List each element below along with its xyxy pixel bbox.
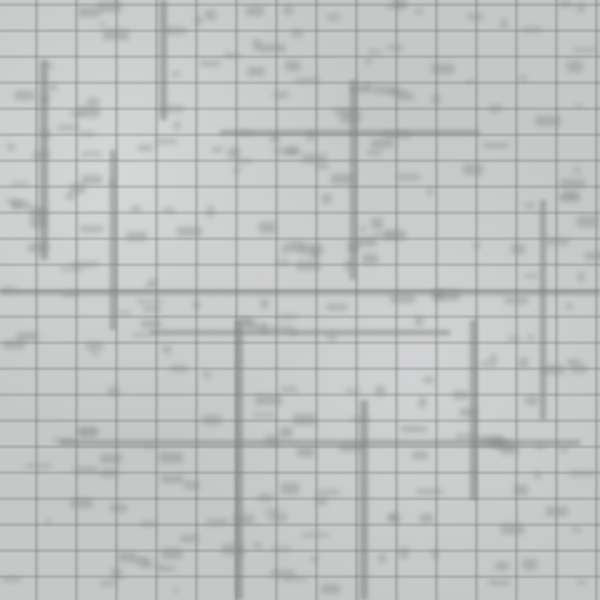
texture-speck bbox=[545, 238, 569, 245]
texture-speck bbox=[416, 489, 443, 494]
texture-speck bbox=[573, 168, 581, 173]
texture-speck bbox=[536, 444, 545, 449]
texture-speck bbox=[118, 552, 136, 562]
texture-speck bbox=[184, 481, 200, 489]
texture-speck bbox=[48, 84, 57, 90]
texture-speck bbox=[205, 10, 216, 20]
texture-speck bbox=[138, 145, 152, 151]
texture-speck bbox=[295, 78, 320, 83]
texture-speck bbox=[367, 150, 382, 155]
texture-speck bbox=[253, 39, 261, 50]
texture-speck bbox=[126, 232, 147, 241]
texture-speck bbox=[501, 18, 507, 29]
texture-speck bbox=[578, 272, 584, 282]
texture-speck bbox=[328, 334, 336, 341]
texture-speck bbox=[362, 254, 378, 264]
texture-speck bbox=[131, 206, 141, 212]
texture-speck bbox=[108, 387, 119, 396]
texture-speck bbox=[368, 50, 382, 54]
texture-speck bbox=[527, 335, 534, 340]
texture-speck bbox=[559, 194, 580, 202]
texture-speck bbox=[387, 515, 397, 520]
texture-speck bbox=[174, 121, 180, 130]
texture-speck bbox=[508, 336, 520, 341]
texture-speck bbox=[371, 218, 383, 229]
texture-speck bbox=[483, 143, 509, 148]
texture-speck bbox=[390, 294, 415, 303]
texture-image bbox=[0, 0, 600, 600]
texture-speck bbox=[455, 434, 476, 439]
texture-speck bbox=[79, 427, 97, 438]
texture-speck bbox=[266, 435, 279, 446]
texture-speck bbox=[566, 303, 572, 310]
texture-speck bbox=[172, 72, 180, 77]
texture-speck bbox=[234, 167, 240, 174]
texture-speck bbox=[293, 414, 316, 425]
texture-speck bbox=[345, 389, 361, 393]
texture-speck bbox=[193, 301, 200, 309]
texture-speck bbox=[63, 292, 78, 297]
texture-speck bbox=[228, 147, 240, 158]
texture-speck bbox=[143, 307, 161, 312]
texture-speck bbox=[159, 452, 183, 463]
texture-speck bbox=[100, 469, 118, 477]
texture-speck bbox=[280, 427, 292, 438]
texture-speck bbox=[269, 514, 287, 521]
texture-speck bbox=[103, 29, 129, 40]
texture-speck bbox=[371, 139, 394, 148]
texture-speck bbox=[140, 521, 156, 526]
texture-speck bbox=[30, 207, 43, 218]
texture-speck bbox=[291, 30, 303, 37]
texture-speck bbox=[100, 581, 115, 586]
texture-line bbox=[540, 200, 546, 420]
texture-speck bbox=[477, 436, 503, 447]
texture-speck bbox=[365, 84, 371, 89]
texture-speck bbox=[200, 61, 221, 66]
texture-speck bbox=[206, 519, 228, 525]
texture-speck bbox=[339, 443, 364, 452]
texture-speck bbox=[302, 154, 327, 163]
texture-line bbox=[160, 0, 167, 120]
texture-speck bbox=[3, 340, 25, 349]
texture-speck bbox=[321, 584, 340, 594]
texture-speck bbox=[289, 330, 297, 335]
texture-speck bbox=[234, 159, 253, 163]
texture-speck bbox=[316, 164, 329, 169]
texture-speck bbox=[542, 365, 565, 374]
texture-speck bbox=[11, 200, 20, 208]
texture-speck bbox=[577, 216, 598, 227]
texture-speck bbox=[355, 237, 377, 246]
texture-speck bbox=[501, 524, 524, 534]
texture-speck bbox=[233, 515, 254, 524]
texture-line bbox=[110, 150, 116, 330]
texture-speck bbox=[373, 233, 397, 237]
texture-speck bbox=[567, 61, 583, 72]
texture-speck bbox=[488, 580, 510, 585]
texture-speck bbox=[180, 535, 199, 542]
texture-speck bbox=[577, 3, 585, 12]
texture-speck bbox=[576, 580, 587, 584]
texture-speck bbox=[431, 64, 454, 74]
texture-speck bbox=[302, 533, 329, 537]
texture-speck bbox=[351, 417, 369, 421]
texture-line bbox=[0, 290, 600, 295]
texture-speck bbox=[297, 447, 315, 457]
texture-speck bbox=[522, 27, 542, 32]
texture-speck bbox=[519, 358, 528, 368]
texture-speck bbox=[373, 86, 399, 94]
texture-speck bbox=[419, 397, 426, 408]
texture-speck bbox=[70, 183, 85, 194]
texture-speck bbox=[327, 14, 340, 20]
texture-speck bbox=[546, 507, 568, 516]
texture-speck bbox=[44, 64, 54, 68]
texture-speck bbox=[281, 577, 307, 581]
texture-speck bbox=[77, 106, 100, 117]
texture-speck bbox=[397, 174, 420, 180]
texture-speck bbox=[469, 408, 477, 417]
texture-speck bbox=[415, 8, 423, 14]
texture-speck bbox=[525, 396, 538, 405]
texture-speck bbox=[28, 243, 48, 252]
texture-speck bbox=[30, 217, 46, 228]
texture-speck bbox=[345, 260, 352, 271]
texture-speck bbox=[81, 152, 102, 156]
texture-line bbox=[360, 400, 368, 600]
texture-speck bbox=[261, 324, 267, 334]
texture-speck bbox=[141, 320, 161, 328]
texture-speck bbox=[253, 413, 275, 417]
texture-speck bbox=[270, 135, 280, 142]
texture-speck bbox=[511, 244, 525, 254]
texture-speck bbox=[505, 297, 528, 304]
texture-speck bbox=[575, 104, 583, 108]
texture-line bbox=[235, 320, 243, 600]
texture-speck bbox=[162, 548, 182, 559]
texture-speck bbox=[91, 352, 99, 356]
texture-speck bbox=[203, 415, 221, 425]
texture-speck bbox=[33, 151, 49, 159]
texture-speck bbox=[274, 148, 297, 154]
texture-speck bbox=[247, 67, 265, 76]
texture-speck bbox=[322, 194, 331, 204]
texture-speck bbox=[379, 554, 386, 563]
texture-speck bbox=[265, 509, 280, 513]
texture-speck bbox=[560, 1, 572, 7]
texture-speck bbox=[271, 547, 291, 551]
texture-speck bbox=[432, 549, 438, 559]
texture-speck bbox=[41, 130, 50, 138]
texture-speck bbox=[70, 498, 93, 508]
texture-speck bbox=[73, 467, 98, 473]
texture-speck bbox=[177, 227, 202, 236]
texture-speck bbox=[155, 139, 177, 144]
texture-speck bbox=[80, 132, 95, 136]
texture-speck bbox=[399, 548, 409, 558]
texture-speck bbox=[246, 6, 264, 16]
texture-speck bbox=[365, 58, 372, 64]
texture-speck bbox=[375, 386, 385, 396]
texture-speck bbox=[453, 391, 469, 399]
texture-speck bbox=[278, 315, 298, 319]
texture-speck bbox=[412, 451, 428, 459]
texture-speck bbox=[133, 333, 152, 337]
texture-speck bbox=[524, 274, 538, 278]
texture-speck bbox=[14, 91, 35, 100]
texture-speck bbox=[284, 5, 293, 15]
texture-speck bbox=[285, 61, 301, 71]
texture-speck bbox=[212, 147, 223, 152]
texture-speck bbox=[53, 438, 75, 443]
texture-speck bbox=[534, 472, 541, 479]
texture-speck bbox=[173, 589, 179, 593]
texture-line bbox=[150, 330, 450, 335]
texture-speck bbox=[307, 131, 315, 141]
texture-speck bbox=[224, 53, 241, 58]
texture-speck bbox=[535, 116, 561, 126]
texture-speck bbox=[118, 311, 130, 315]
texture-speck bbox=[473, 243, 480, 248]
texture-speck bbox=[253, 543, 262, 548]
texture-speck bbox=[524, 203, 535, 208]
texture-speck bbox=[136, 300, 163, 304]
texture-speck bbox=[316, 490, 340, 495]
texture-speck bbox=[489, 105, 502, 112]
texture-speck bbox=[273, 92, 289, 98]
texture-speck bbox=[420, 514, 433, 523]
texture-speck bbox=[255, 395, 282, 405]
texture-speck bbox=[222, 544, 244, 555]
texture-speck bbox=[110, 504, 127, 512]
texture-speck bbox=[163, 345, 171, 354]
texture-speck bbox=[340, 112, 361, 123]
texture-speck bbox=[99, 22, 106, 26]
texture-speck bbox=[0, 287, 16, 291]
texture-speck bbox=[490, 354, 496, 362]
texture-speck bbox=[100, 454, 122, 463]
texture-speck bbox=[331, 174, 354, 184]
texture-speck bbox=[415, 316, 423, 326]
texture-speck bbox=[7, 144, 15, 150]
texture-speck bbox=[359, 226, 366, 231]
texture-speck bbox=[423, 377, 434, 383]
texture-speck bbox=[160, 566, 175, 571]
texture-speck bbox=[281, 483, 299, 494]
texture-speck bbox=[25, 464, 52, 468]
texture-speck bbox=[162, 208, 175, 213]
texture-speck bbox=[514, 485, 528, 495]
texture-speck bbox=[238, 317, 252, 327]
texture-speck bbox=[80, 226, 103, 232]
texture-speck bbox=[311, 556, 318, 562]
texture-speck bbox=[427, 188, 433, 195]
texture-speck bbox=[203, 371, 211, 378]
texture-speck bbox=[480, 362, 497, 366]
texture-speck bbox=[2, 577, 21, 582]
texture-speck bbox=[560, 179, 585, 188]
texture-line bbox=[220, 130, 480, 135]
texture-speck bbox=[571, 527, 582, 532]
texture-speck bbox=[109, 179, 115, 187]
texture-speck bbox=[82, 175, 102, 184]
texture-speck bbox=[98, 1, 122, 12]
texture-speck bbox=[467, 14, 483, 20]
texture-speck bbox=[269, 326, 294, 330]
texture-speck bbox=[383, 131, 410, 138]
texture-speck bbox=[170, 365, 187, 372]
texture-speck bbox=[78, 7, 100, 17]
texture-speck bbox=[326, 304, 348, 310]
texture-speck bbox=[164, 27, 186, 34]
texture-speck bbox=[195, 16, 202, 25]
texture-speck bbox=[401, 426, 427, 432]
texture-speck bbox=[585, 252, 600, 260]
texture-speck bbox=[11, 182, 30, 186]
texture-speck bbox=[66, 193, 74, 200]
texture-speck bbox=[41, 95, 49, 103]
texture-speck bbox=[392, 1, 408, 7]
texture-speck bbox=[519, 76, 527, 81]
texture-speck bbox=[466, 80, 475, 84]
texture-speck bbox=[288, 241, 304, 252]
texture-speck bbox=[57, 125, 80, 130]
texture-speck bbox=[573, 48, 597, 52]
texture-speck bbox=[111, 568, 122, 579]
texture-speck bbox=[276, 260, 290, 265]
texture-speck bbox=[45, 519, 52, 523]
texture-speck bbox=[86, 342, 103, 350]
texture-speck bbox=[259, 222, 276, 233]
texture-speck bbox=[87, 98, 99, 105]
texture-speck bbox=[463, 164, 483, 175]
texture-speck bbox=[145, 445, 153, 449]
texture-line bbox=[40, 60, 48, 260]
texture-speck bbox=[281, 387, 298, 392]
texture-speck bbox=[160, 106, 184, 112]
texture-speck bbox=[569, 471, 595, 476]
texture-speck bbox=[261, 298, 268, 309]
texture-speck bbox=[296, 261, 321, 270]
texture-speck bbox=[432, 94, 440, 104]
texture-speck bbox=[434, 290, 460, 301]
texture-speck bbox=[161, 475, 184, 483]
texture-speck bbox=[523, 559, 537, 570]
texture-speck bbox=[270, 570, 295, 577]
texture-speck bbox=[316, 497, 327, 505]
texture-speck bbox=[207, 206, 214, 217]
texture-speck bbox=[259, 44, 286, 52]
texture-speck bbox=[258, 494, 273, 501]
texture-speck bbox=[495, 562, 509, 570]
texture-speck bbox=[571, 364, 587, 373]
texture-speck bbox=[60, 267, 82, 271]
texture-speck bbox=[238, 131, 252, 135]
texture-speck bbox=[146, 284, 153, 288]
texture-speck bbox=[387, 45, 403, 50]
texture-speck bbox=[560, 446, 568, 452]
